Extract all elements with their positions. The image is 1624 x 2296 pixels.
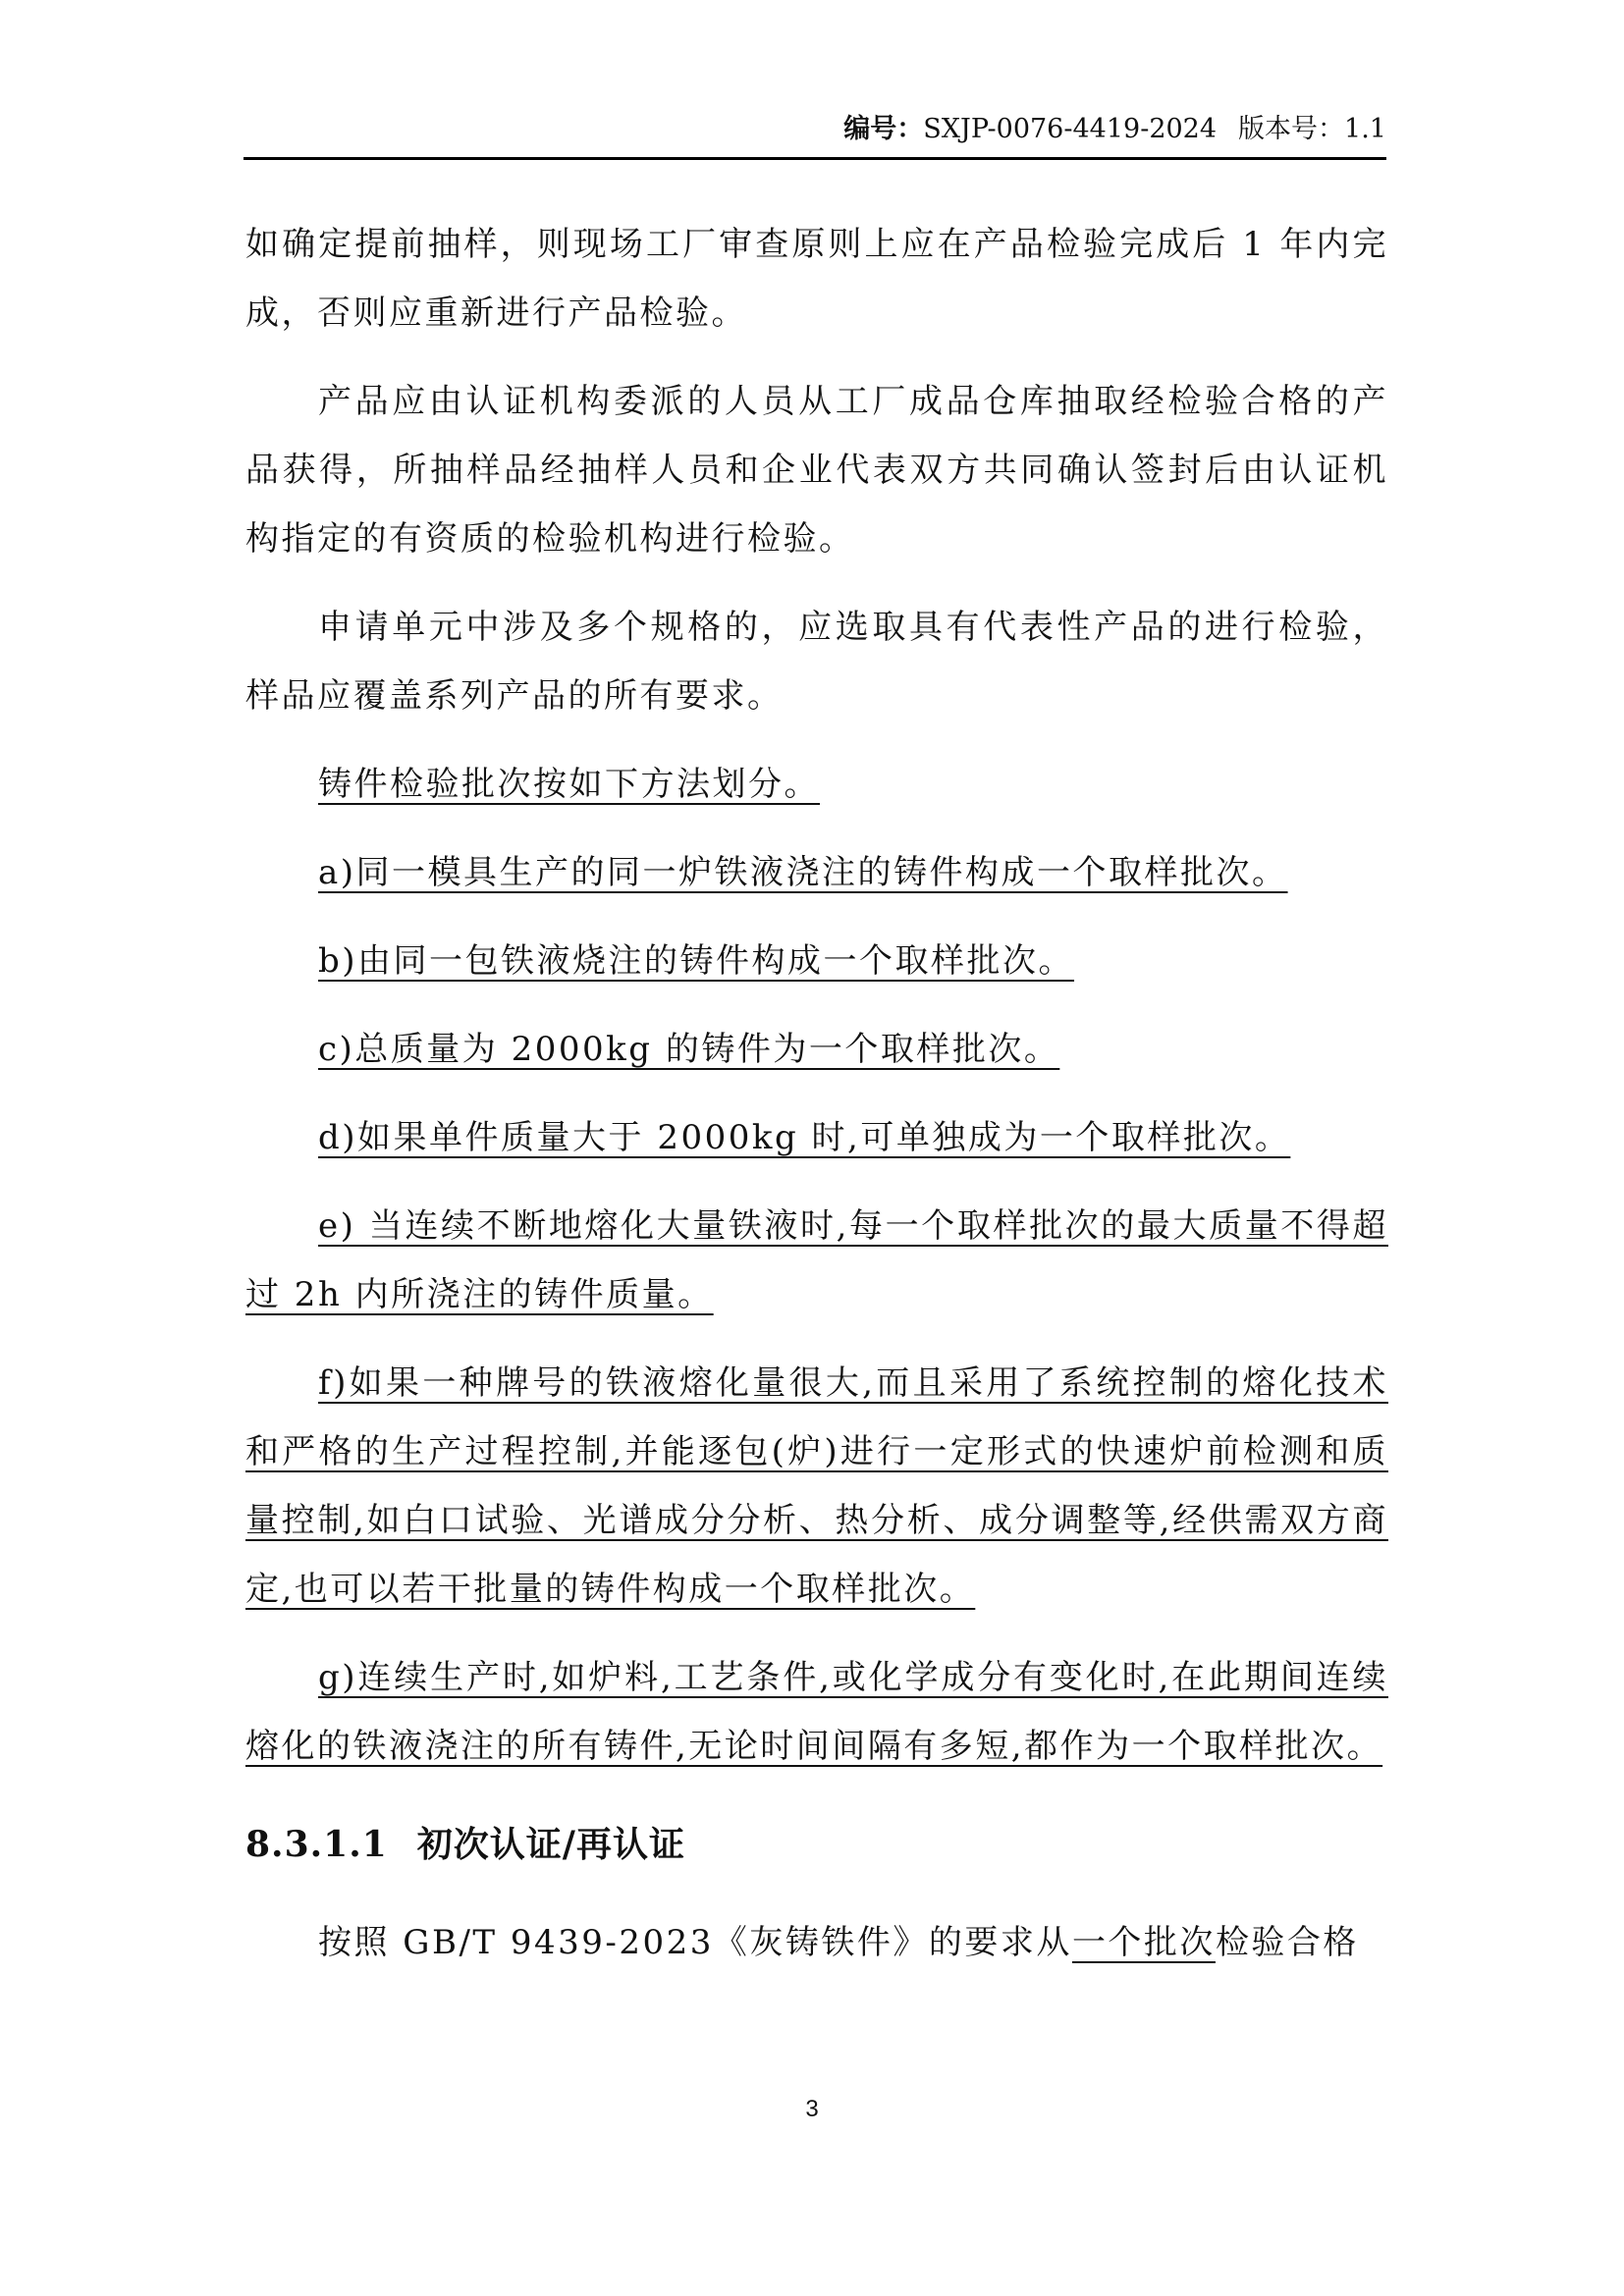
list-item-c: c)总质量为 2000kg 的铸件为一个取样批次。 — [245, 1015, 1388, 1084]
paragraph-text: g)连续生产时,如炉料,工艺条件,或化学成分有变化时,在此期间连续熔化的铁液浇注… — [245, 1658, 1388, 1766]
list-item-e: e) 当连续不断地熔化大量铁液时,每一个取样批次的最大质量不得超过 2h 内所浇… — [245, 1192, 1388, 1329]
section-heading: 8.3.1.1初次认证/再认证 — [245, 1810, 1388, 1879]
list-item-g: g)连续生产时,如炉料,工艺条件,或化学成分有变化时,在此期间连续熔化的铁液浇注… — [245, 1643, 1388, 1781]
paragraph-text: b)由同一包铁液烧注的铸件构成一个取样批次。 — [318, 941, 1074, 981]
paragraph-initial-certification: 按照 GB/T 9439-2023《灰铸铁件》的要求从一个批次检验合格 — [245, 1908, 1388, 1977]
section-title: 初次认证/再认证 — [417, 1824, 685, 1865]
paragraph-batch-division-intro: 铸件检验批次按如下方法划分。 — [245, 750, 1388, 819]
text-after: 检验合格 — [1216, 1923, 1359, 1962]
paragraph-text: 申请单元中涉及多个规格的，应选取具有代表性产品的进行检验，样品应覆盖系列产品的所… — [245, 608, 1388, 716]
paragraph-sample-source: 产品应由认证机构委派的人员从工厂成品仓库抽取经检验合格的产品获得，所抽样品经抽样… — [245, 367, 1388, 573]
version-label: 版本号： — [1238, 114, 1344, 144]
paragraph-multiple-specs: 申请单元中涉及多个规格的，应选取具有代表性产品的进行检验，样品应覆盖系列产品的所… — [245, 593, 1388, 730]
underlined-text: 一个批次 — [1072, 1923, 1216, 1962]
page-number: 3 — [0, 2096, 1624, 2123]
list-item-d: d)如果单件质量大于 2000kg 时,可单独成为一个取样批次。 — [245, 1103, 1388, 1172]
paragraph-text: c)总质量为 2000kg 的铸件为一个取样批次。 — [318, 1030, 1059, 1069]
section-number: 8.3.1.1 — [245, 1824, 388, 1865]
paragraph-text: a)同一模具生产的同一炉铁液浇注的铸件构成一个取样批次。 — [318, 853, 1288, 892]
paragraph-text: d)如果单件质量大于 2000kg 时,可单独成为一个取样批次。 — [318, 1118, 1290, 1157]
list-item-a: a)同一模具生产的同一炉铁液浇注的铸件构成一个取样批次。 — [245, 838, 1388, 907]
paragraph-text: f)如果一种牌号的铁液熔化量很大,而且采用了系统控制的熔化技术和严格的生产过程控… — [245, 1363, 1388, 1609]
list-item-b: b)由同一包铁液烧注的铸件构成一个取样批次。 — [245, 927, 1388, 995]
version-number: 1.1 — [1344, 114, 1386, 144]
paragraph-text: 如确定提前抽样，则现场工厂审查原则上应在产品检验完成后 1 年内完成，否则应重新… — [245, 225, 1388, 333]
doc-number: SXJP-0076-4419-2024 — [923, 114, 1217, 144]
paragraph-early-sampling: 如确定提前抽样，则现场工厂审查原则上应在产品检验完成后 1 年内完成，否则应重新… — [245, 210, 1388, 347]
text-before: 按照 GB/T 9439-2023《灰铸铁件》的要求从 — [318, 1923, 1072, 1962]
list-item-f: f)如果一种牌号的铁液熔化量很大,而且采用了系统控制的熔化技术和严格的生产过程控… — [245, 1349, 1388, 1624]
paragraph-text: 铸件检验批次按如下方法划分。 — [318, 765, 820, 804]
paragraph-text: 产品应由认证机构委派的人员从工厂成品仓库抽取经检验合格的产品获得，所抽样品经抽样… — [245, 382, 1388, 559]
doc-number-label: 编号： — [843, 114, 923, 144]
document-body: 如确定提前抽样，则现场工厂审查原则上应在产品检验完成后 1 年内完成，否则应重新… — [245, 210, 1388, 1997]
paragraph-text: e) 当连续不断地熔化大量铁液时,每一个取样批次的最大质量不得超过 2h 内所浇… — [245, 1206, 1388, 1314]
page-header: 编号：SXJP-0076-4419-2024版本号：1.1 — [244, 110, 1386, 160]
